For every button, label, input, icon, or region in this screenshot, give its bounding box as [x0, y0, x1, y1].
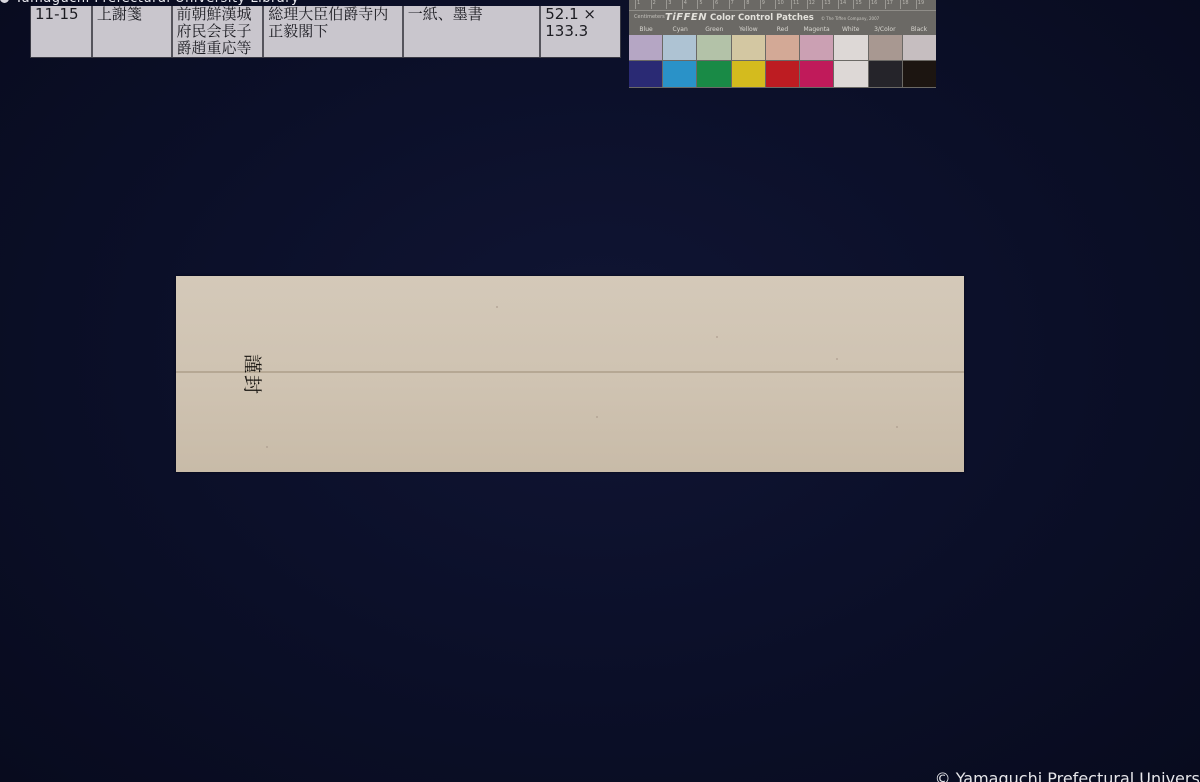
- sender-line: 爵趙重応等: [177, 40, 259, 57]
- folded-document: 謹 封: [176, 276, 964, 472]
- sender-line: 府民会長子: [177, 23, 259, 40]
- ruler-number: 1: [637, 0, 640, 6]
- ruler-number: 7: [731, 0, 734, 6]
- color-patch-black: [903, 61, 936, 87]
- ruler-tick: [682, 0, 683, 9]
- ruler-tick: [853, 0, 854, 9]
- color-patch-red: [766, 61, 799, 87]
- size-cell: 52.1 × 133.3: [541, 6, 620, 57]
- color-patch-3-color: [869, 61, 902, 87]
- ruler-tick: [744, 0, 745, 9]
- color-patch-yellow: [732, 61, 765, 87]
- ruler-tick: [760, 0, 761, 9]
- sender-line: 前朝鮮漢城: [177, 6, 259, 23]
- ruler-tick: [666, 0, 667, 9]
- chart-header: Centimeters TiFFEN Color Control Patches…: [633, 12, 940, 26]
- ruler-tick: [900, 0, 901, 9]
- ruler-number: 2: [653, 0, 656, 6]
- recipient-cell: 総理大臣伯爵寺内 正毅閣下: [264, 6, 404, 57]
- patch-label: Yellow: [731, 26, 765, 34]
- ruler-number: 8: [746, 0, 749, 6]
- patch-row-light: [629, 35, 936, 60]
- patch-label: Magenta: [800, 26, 834, 34]
- ruler-tick: [885, 0, 886, 9]
- ruler-number: 14: [840, 0, 846, 6]
- units-label: Centimeters: [634, 14, 665, 20]
- footer-copyright: © Yamaguchi Prefectural University: [935, 769, 1200, 782]
- ruler-number: 4: [684, 0, 687, 6]
- ruler-number: 17: [887, 0, 893, 6]
- ruler-tick: [869, 0, 870, 9]
- doc-type: 上謝箋: [97, 6, 167, 23]
- color-patch-white: [834, 35, 867, 60]
- ruler-tick: [697, 0, 698, 9]
- document-upper-panel: [176, 276, 964, 371]
- inscription-char: 封: [242, 375, 262, 394]
- format-cell: 一紙、墨書: [404, 6, 542, 57]
- ruler-number: 18: [902, 0, 908, 6]
- patch-label: Black: [902, 26, 936, 34]
- ruler-number: 10: [777, 0, 783, 6]
- catalog-number-cell: 11-15: [31, 6, 93, 57]
- ruler-number: 19: [918, 0, 924, 6]
- ruler-number: 3: [668, 0, 671, 6]
- color-patch-black: [903, 35, 936, 60]
- ruler-tick: [838, 0, 839, 9]
- color-patch-green: [697, 61, 730, 87]
- copyright-circle-icon: [0, 0, 9, 3]
- color-patch-magenta: [800, 61, 833, 87]
- color-patch-green: [697, 35, 730, 60]
- size-line: 52.1 ×: [545, 6, 616, 23]
- color-patch-yellow: [732, 35, 765, 60]
- ruler-tick: [651, 0, 652, 9]
- ruler-number: 9: [762, 0, 765, 6]
- ruler-tick: [791, 0, 792, 9]
- ruler-number: 13: [824, 0, 830, 6]
- color-patch-3-color: [869, 35, 902, 60]
- color-patch-cyan: [663, 61, 696, 87]
- color-patch-magenta: [800, 35, 833, 60]
- ruler-number: 6: [715, 0, 718, 6]
- color-control-chart: 12345678910111213141516171819 Centimeter…: [629, 0, 936, 88]
- ruler-tick: [635, 0, 636, 9]
- format: 一紙、墨書: [408, 6, 536, 23]
- color-patch-cyan: [663, 35, 696, 60]
- ruler-tick: [916, 0, 917, 9]
- brand-logo: TiFFEN: [665, 12, 707, 23]
- centimeter-ruler: 12345678910111213141516171819: [629, 0, 936, 11]
- color-patch-blue: [629, 35, 662, 60]
- ruler-number: 15: [855, 0, 861, 6]
- inscription-kinpu: 謹 封: [232, 354, 272, 394]
- ruler-tick: [822, 0, 823, 9]
- ruler-number: 16: [871, 0, 877, 6]
- patch-row-saturated: [629, 61, 936, 87]
- patch-label: Cyan: [663, 26, 697, 34]
- color-patch-blue: [629, 61, 662, 87]
- inscription-char: 謹: [242, 354, 262, 373]
- patch-labels: Blue Cyan Green Yellow Red Magenta White…: [629, 26, 936, 34]
- ruler-tick: [729, 0, 730, 9]
- color-patch-white: [834, 61, 867, 87]
- ruler-tick: [713, 0, 714, 9]
- ruler-tick: [807, 0, 808, 9]
- ruler-number: 12: [809, 0, 815, 6]
- patch-label: Green: [697, 26, 731, 34]
- recipient-line: 総理大臣伯爵寺内: [268, 6, 398, 23]
- chart-copyright: © The Tiffen Company, 2007: [821, 16, 879, 21]
- recipient-line: 正毅閣下: [268, 23, 398, 40]
- document-lower-panel: [176, 373, 964, 472]
- doc-type-cell: 上謝箋: [93, 6, 173, 57]
- patch-label: 3/Color: [868, 26, 902, 34]
- catalog-label: 11-15 上謝箋 前朝鮮漢城 府民会長子 爵趙重応等 総理大臣伯爵寺内 正毅閣…: [30, 6, 621, 58]
- patch-label: Blue: [629, 26, 663, 34]
- size-line: 133.3: [545, 23, 616, 40]
- ruler-number: 11: [793, 0, 799, 6]
- color-patch-red: [766, 35, 799, 60]
- catalog-number: 11-15: [35, 6, 87, 23]
- sender-cell: 前朝鮮漢城 府民会長子 爵趙重応等: [173, 6, 265, 57]
- chart-title: Color Control Patches: [710, 13, 814, 23]
- ruler-tick: [775, 0, 776, 9]
- patch-label: White: [834, 26, 868, 34]
- ruler-number: 5: [699, 0, 702, 6]
- patch-label: Red: [765, 26, 799, 34]
